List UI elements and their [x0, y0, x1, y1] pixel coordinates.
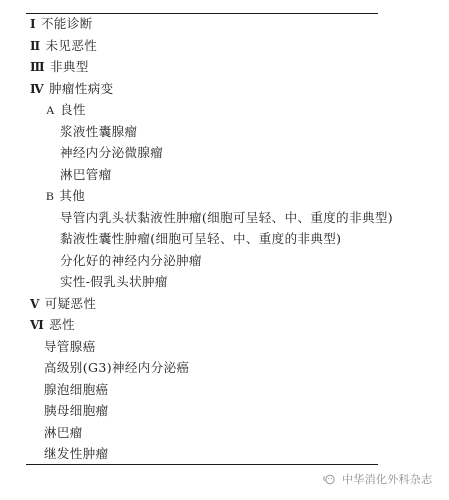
list-item: Ⅱ未见恶性 — [30, 35, 97, 57]
list-item: 腺泡细胞癌 — [44, 379, 109, 401]
item-label: 淋巴管瘤 — [60, 167, 112, 182]
item-label: 浆液性囊腺瘤 — [60, 124, 137, 139]
item-label: 其他 — [59, 188, 85, 203]
list-item: Ⅲ非典型 — [30, 56, 89, 78]
list-item: 高级别(G3)神经内分泌癌 — [44, 357, 189, 379]
roman-numeral: Ⅴ — [30, 294, 40, 316]
item-label: 胰母细胞瘤 — [44, 403, 109, 418]
list-item: 神经内分泌微腺瘤 — [60, 142, 163, 164]
roman-numeral: Ⅵ — [30, 315, 44, 337]
list-item: Ⅴ可疑恶性 — [30, 293, 96, 315]
item-label: 非典型 — [50, 59, 89, 74]
list-item: Ⅰ不能诊断 — [30, 13, 93, 35]
item-label: 高级别(G3)神经内分泌癌 — [44, 360, 189, 375]
list-item: Ⅵ恶性 — [30, 314, 75, 336]
item-label: 实性-假乳头状肿瘤 — [60, 274, 168, 289]
item-label: 未见恶性 — [46, 38, 98, 53]
list-item: 浆液性囊腺瘤 — [60, 121, 137, 143]
item-label: 良性 — [60, 102, 86, 117]
roman-numeral: Ⅲ — [30, 57, 45, 79]
list-item: 黏液性囊性肿瘤(细胞可呈轻、中、重度的非典型) — [60, 228, 341, 250]
list-item: Ⅳ肿瘤性病变 — [30, 78, 114, 100]
item-label: 腺泡细胞癌 — [44, 382, 109, 397]
item-label: 可疑恶性 — [45, 296, 97, 311]
list-item: 导管腺癌 — [44, 336, 96, 358]
list-item: 胰母细胞瘤 — [44, 400, 109, 422]
list-item: A良性 — [46, 99, 86, 121]
item-label: 黏液性囊性肿瘤(细胞可呈轻、中、重度的非典型) — [60, 231, 341, 246]
list-item: 淋巴瘤 — [44, 422, 83, 444]
list-item: 实性-假乳头状肿瘤 — [60, 271, 168, 293]
list-item: 淋巴管瘤 — [60, 164, 112, 186]
item-label: 分化好的神经内分泌肿瘤 — [60, 253, 202, 268]
list-item: 继发性肿瘤 — [44, 443, 109, 465]
roman-numeral: Ⅳ — [30, 79, 44, 101]
item-label: 恶性 — [49, 317, 75, 332]
list-item: B其他 — [46, 185, 85, 207]
list-item: 导管内乳头状黏液性肿瘤(细胞可呈轻、中、重度的非典型) — [60, 207, 393, 229]
subsection-letter: B — [46, 186, 54, 208]
item-label: 不能诊断 — [41, 16, 93, 31]
item-label: 淋巴瘤 — [44, 425, 83, 440]
subsection-letter: A — [46, 100, 55, 122]
roman-numeral: Ⅰ — [30, 14, 36, 36]
wechat-icon — [322, 473, 336, 485]
table-bottom-rule — [26, 464, 378, 465]
roman-numeral: Ⅱ — [30, 36, 41, 58]
watermark: 中华消化外科杂志 — [322, 471, 432, 489]
item-label: 神经内分泌微腺瘤 — [60, 145, 163, 160]
list-item: 分化好的神经内分泌肿瘤 — [60, 250, 202, 272]
item-label: 导管内乳头状黏液性肿瘤(细胞可呈轻、中、重度的非典型) — [60, 210, 393, 225]
item-label: 导管腺癌 — [44, 339, 96, 354]
watermark-text: 中华消化外科杂志 — [342, 473, 432, 486]
item-label: 肿瘤性病变 — [49, 81, 114, 96]
item-label: 继发性肿瘤 — [44, 446, 109, 461]
